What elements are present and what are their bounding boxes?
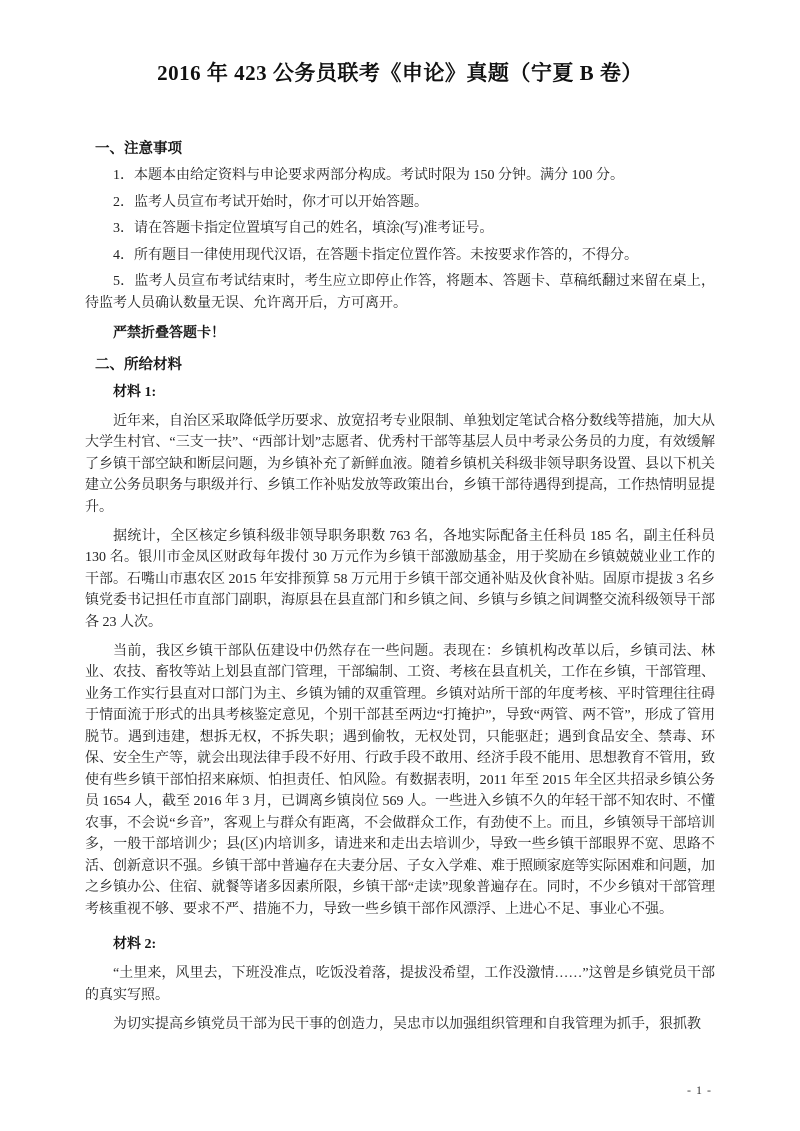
notice-item-1: 1．本题本由给定资料与申论要求两部分构成。考试时限为 150 分钟。满分 100… [85, 165, 715, 187]
notice-item-4: 4．所有题目一律使用现代汉语，在答题卡指定位置作答。未按要求作答的，不得分。 [85, 245, 715, 267]
notice-item-2: 2．监考人员宣布考试开始时，你才可以开始答题。 [85, 192, 715, 214]
material-2-paragraph-2: 为切实提高乡镇党员干部为民干事的创造力，吴忠市以加强组织管理和自我管理为抓手，狠… [85, 1014, 715, 1036]
materials-heading: 二、所给材料 [85, 354, 715, 376]
page-number: - 1 - [687, 1083, 712, 1097]
notice-item-5: 5．监考人员宣布考试结束时，考生应立即停止作答，将题本、答题卡、草稿纸翻过来留在… [85, 271, 715, 314]
notice-item-3: 3．请在答题卡指定位置填写自己的姓名，填涂(写)准考证号。 [85, 218, 715, 240]
fold-warning-text: 严禁折叠答题卡！ [85, 323, 715, 345]
material-2-paragraph-1: “土里来，风里去，下班没准点，吃饭没着落，提拔没希望，工作没激情……”这曾是乡镇… [85, 963, 715, 1006]
material-1-label: 材料 1: [85, 382, 715, 404]
document-title: 2016 年 423 公务员联考《申论》真题（宁夏 B 卷） [85, 58, 715, 88]
material-1-paragraph-3: 当前，我区乡镇干部队伍建设中仍然存在一些问题。表现在：乡镇机构改革以后，乡镇司法… [85, 641, 715, 921]
notice-heading: 一、注意事项 [85, 138, 715, 160]
material-1-paragraph-2: 据统计，全区核定乡镇科级非领导职务职数 763 名，各地实际配备主任科员 185… [85, 526, 715, 634]
material-2-label: 材料 2: [85, 934, 715, 956]
material-1-paragraph-1: 近年来，自治区采取降低学历要求、放宽招考专业限制、单独划定笔试合格分数线等措施，… [85, 411, 715, 519]
document-page: 2016 年 423 公务员联考《申论》真题（宁夏 B 卷） 一、注意事项 1．… [0, 0, 800, 1131]
